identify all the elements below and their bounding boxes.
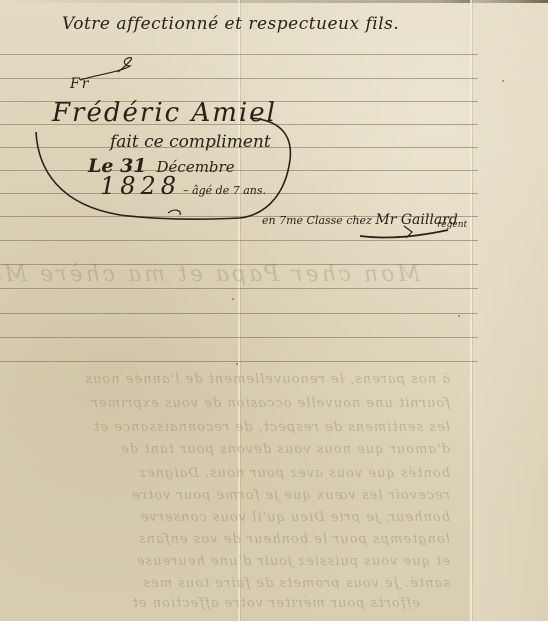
paper-speck bbox=[242, 118, 244, 120]
regent-annotation: régent bbox=[437, 220, 467, 230]
bleed-through-line: d'amour que nous vous devons pour tant d… bbox=[20, 442, 450, 457]
bleed-through-line: fournit une nouvelle occasion de vous ex… bbox=[20, 396, 450, 411]
margin-fold bbox=[470, 0, 472, 621]
compliment-line: fait ce compliment bbox=[110, 132, 271, 152]
signature-flourish-icon bbox=[0, 0, 548, 621]
bleed-through-line: bontés que vous avez pour nous. Daignez bbox=[20, 466, 450, 481]
age-note: – âgé de 7 ans. bbox=[183, 184, 266, 197]
bleed-through-line: et que vous puissiez jouir d'une heureus… bbox=[20, 554, 450, 569]
bleed-through-line: longtemps pour le bonheur de vos enfans bbox=[20, 532, 450, 547]
paper-speck bbox=[232, 298, 234, 300]
year-line: 1828– âgé de 7 ans. bbox=[100, 172, 266, 200]
scan-top-edge bbox=[0, 0, 548, 3]
right-margin bbox=[470, 0, 548, 621]
bleed-through-line: les sentimens de respect, de reconnaissa… bbox=[20, 420, 450, 435]
paper-speck bbox=[502, 80, 504, 82]
paper-speck bbox=[236, 363, 238, 365]
class-note: en 7me Classe chez Mr Gaillard bbox=[262, 212, 458, 228]
bleed-through-line: efforts pour mériter votre affection et bbox=[120, 596, 420, 611]
bleed-through-line: bonheur, je prie Dieu qu'il vous conserv… bbox=[20, 510, 450, 525]
bleed-through-header: Mon cher Papa et ma chère Maman bbox=[40, 262, 420, 287]
ruled-line bbox=[0, 313, 478, 314]
center-fold bbox=[238, 0, 240, 621]
ruled-line bbox=[0, 170, 478, 171]
letter-page: Mon cher Papa et ma chère Maman à nos pa… bbox=[0, 0, 548, 621]
class-note-text: en 7me Classe chez bbox=[262, 214, 372, 227]
ruled-line bbox=[0, 54, 478, 55]
signature-prefix: Fr bbox=[70, 76, 90, 92]
ruled-line bbox=[0, 240, 478, 241]
year: 1828 bbox=[100, 172, 181, 200]
signature-name: Fr Frédéric Amiel bbox=[52, 98, 277, 128]
ruled-line bbox=[0, 288, 478, 289]
closing-line: Votre affectionné et respectueux fils. bbox=[62, 14, 399, 34]
ruled-line bbox=[0, 361, 478, 362]
ruled-line bbox=[0, 337, 478, 338]
bleed-through-line: santé. Je vous promets de faire tous mes bbox=[20, 576, 450, 591]
bleed-through-line: à nos parens, le renouvellement de l'ann… bbox=[20, 372, 450, 387]
paper-speck bbox=[458, 315, 460, 317]
signature-name-text: Frédéric Amiel bbox=[52, 98, 277, 128]
bleed-through-line: recevoir les vœux que je forme pour votr… bbox=[20, 488, 450, 503]
